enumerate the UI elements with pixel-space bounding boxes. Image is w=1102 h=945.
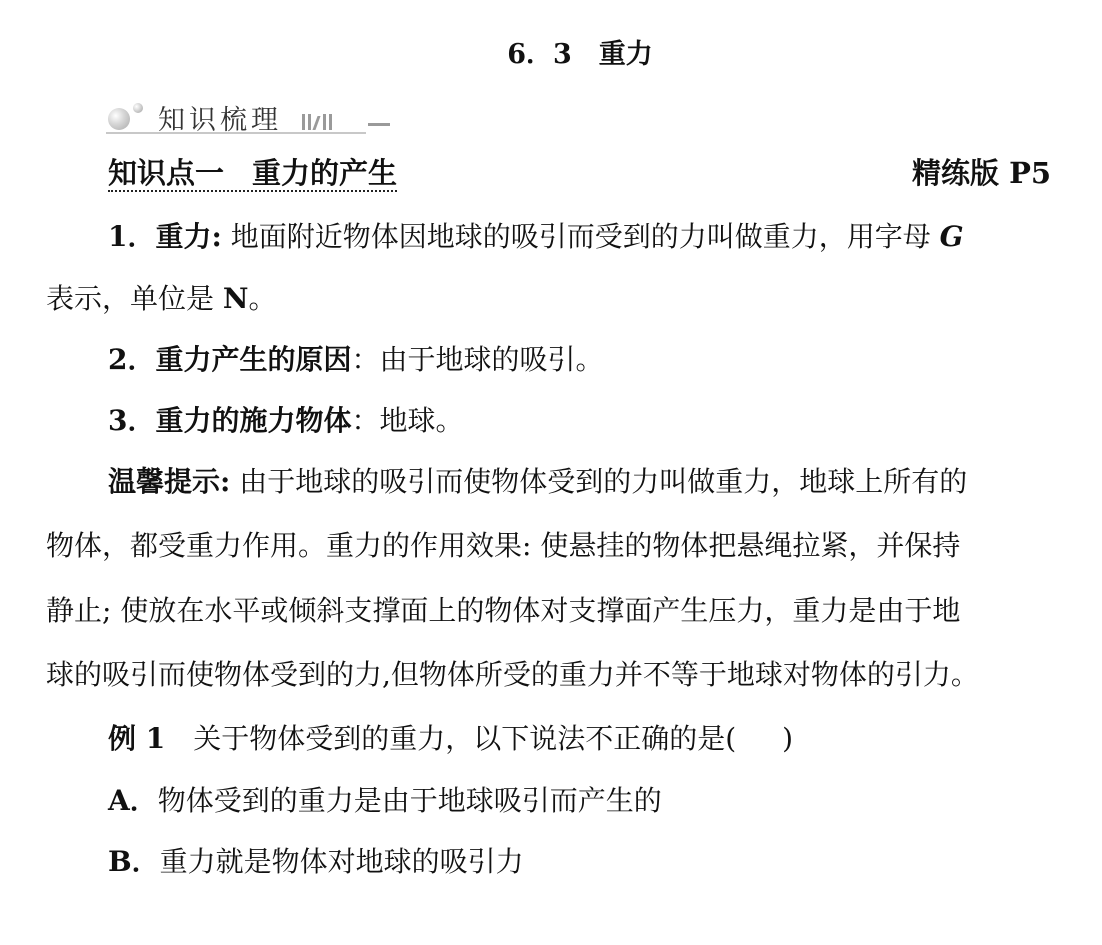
question-close: ) (782, 722, 793, 755)
option-letter: A． (108, 784, 158, 817)
section-topic: 重力的产生 (252, 156, 397, 190)
point-1: 1．重力: 地面附近物体因地球的吸引而受到的力叫做重力，用字母 G (108, 220, 964, 254)
point-number: 2． (108, 343, 155, 376)
point-2: 2．重力产生的原因：由于地球的吸引。 (108, 343, 604, 377)
workbook-reference: 精练版 P5 (912, 156, 1051, 190)
point-term: 重力: (155, 220, 221, 253)
section-number: 知识点一 (108, 156, 224, 190)
decorative-bubble-icon (108, 108, 130, 130)
option-b: B．重力就是物体对地球的吸引力 (108, 845, 524, 879)
point-text-end: 。 (249, 282, 277, 315)
tip-line-4: 球的吸引而使物体受到的力,但物体所受的重力并不等于地球对物体的引力。 (46, 658, 979, 692)
tip-line-2: 物体，都受重力作用。重力的作用效果: 使悬挂的物体把悬绳拉紧，并保持 (46, 529, 960, 563)
point-term: 重力的施力物体 (155, 404, 351, 437)
point-3: 3．重力的施力物体：地球。 (108, 404, 464, 438)
banner-underline (106, 132, 366, 134)
option-a: A．物体受到的重力是由于地球吸引而产生的 (108, 784, 662, 818)
option-text: 物体受到的重力是由于地球吸引而产生的 (158, 784, 662, 817)
point-number: 1． (108, 220, 155, 253)
point-text: ：地球。 (352, 404, 464, 437)
point-text: ：由于地球的吸引。 (352, 343, 604, 376)
option-letter: B． (108, 845, 160, 878)
gravity-symbol: G (940, 220, 964, 253)
section-heading: 知识点一重力的产生 (108, 156, 397, 192)
point-number: 3． (108, 404, 155, 437)
point-text: 地面附近物体因地球的吸引而受到的力叫做重力，用字母 (222, 220, 940, 253)
option-text: 重力就是物体对地球的吸引力 (160, 845, 524, 878)
tip-label: 温馨提示: (108, 465, 230, 498)
decorative-dash (368, 123, 390, 126)
example-question: 例 1关于物体受到的重力，以下说法不正确的是() (108, 722, 793, 756)
book-stack-icon (302, 112, 362, 130)
tip-line-1: 温馨提示: 由于地球的吸引而使物体受到的力叫做重力，地球上所有的 (108, 465, 967, 499)
tip-line-3: 静止; 使放在水平或倾斜支撑面上的物体对支撑面产生压力，重力是由于地 (46, 594, 960, 628)
decorative-small-bubble-icon (133, 103, 143, 113)
point-term: 重力产生的原因 (155, 343, 351, 376)
knowledge-summary-banner: 知识梳理 (106, 98, 396, 138)
unit-symbol: N (223, 282, 249, 315)
example-label: 例 1 (108, 722, 165, 755)
point-1-continuation: 表示，单位是 N。 (46, 282, 277, 316)
page-title: 6．3 重力 (0, 32, 1102, 71)
question-text: 关于物体受到的重力，以下说法不正确的是( (193, 722, 736, 755)
point-text: 表示，单位是 (46, 282, 223, 315)
tip-text: 由于地球的吸引而使物体受到的力叫做重力，地球上所有的 (230, 465, 967, 498)
